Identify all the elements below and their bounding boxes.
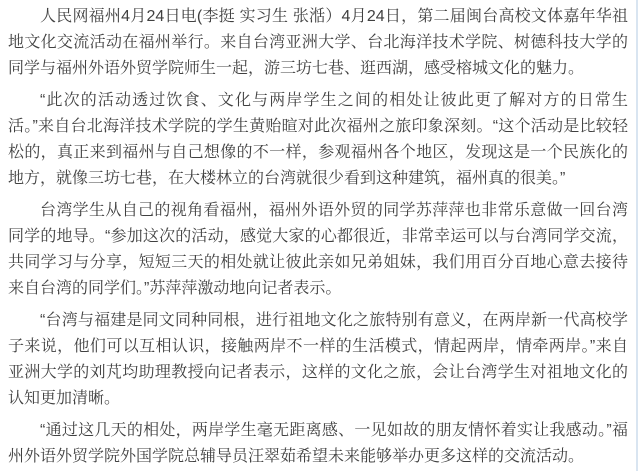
article-paragraph: “通过这几天的相处，两岸学生毫无距离感、一见如故的朋友情怀着实让我感动。”福州外… — [8, 418, 628, 470]
article-paragraph: 人民网福州4月24日电(李挺 实习生 张湉）4月24日，第二届闽台高校文体嘉年华… — [8, 4, 628, 82]
article-paragraph: “台湾与福建是同文同种同根，进行祖地文化之旅特别有意义，在两岸新一代高校学子来说… — [8, 308, 628, 412]
article-paragraph: “此次的活动透过饮食、文化与两岸学生之间的相处让彼此更了解对方的日常生活。”来自… — [8, 88, 628, 192]
article-body: 人民网福州4月24日电(李挺 实习生 张湉）4月24日，第二届闽台高校文体嘉年华… — [0, 0, 642, 471]
article-paragraph: 台湾学生从自己的视角看福州，福州外语外贸的同学苏萍萍也非常乐意做一回台湾同学的地… — [8, 198, 628, 302]
content-right-border — [636, 0, 638, 471]
